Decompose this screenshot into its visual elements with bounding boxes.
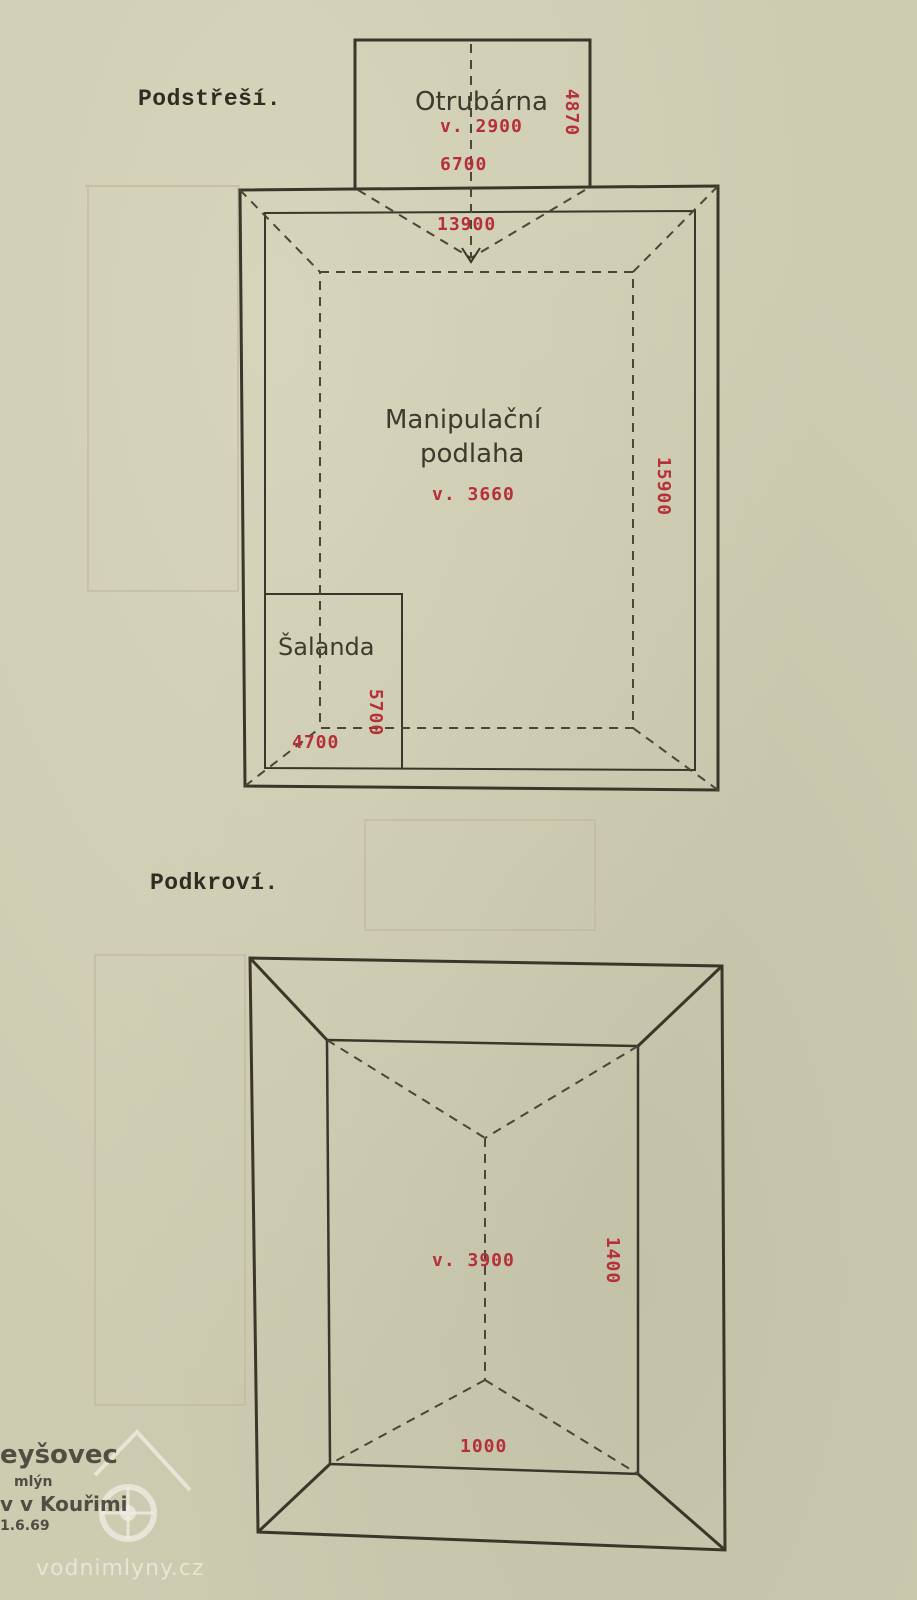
manipulacni-width: 13900 (437, 214, 496, 235)
room-label-manipulacni-line2: podlaha (420, 440, 524, 469)
room-label-otrubarna: Otrubárna (415, 88, 548, 117)
room-label-salanda: Šalanda (278, 634, 374, 660)
section-title-podkrovi: Podkroví. (150, 870, 279, 896)
section-title-podstresi: Podstřeší. (138, 86, 281, 112)
podkrovi-length: 1400 (602, 1237, 623, 1284)
podkrovi-width: 1000 (460, 1436, 507, 1457)
floor-plan-drawing (0, 0, 917, 1600)
otrubarna-width: 6700 (440, 154, 487, 175)
salanda-width: 4700 (292, 732, 339, 753)
stamp-line4: 1.6.69 (0, 1518, 50, 1534)
salanda-depth: 5700 (365, 689, 386, 736)
stamp-line2: mlýn (14, 1474, 52, 1490)
room-label-manipulacni-line1: Manipulační (385, 406, 541, 435)
watermark-text: vodnimlyny.cz (36, 1556, 205, 1581)
otrubarna-depth: 4870 (561, 89, 582, 136)
stamp-line1: eyšovec (0, 1440, 118, 1470)
ghost-lines (85, 186, 595, 1405)
podkrovi-height: v. 3900 (432, 1250, 515, 1271)
stamp-line3: v v Kouřimi (0, 1492, 128, 1516)
otrubarna-height: v. 2900 (440, 116, 523, 137)
manipulacni-height: v. 3660 (432, 484, 515, 505)
manipulacni-length: 15900 (653, 457, 674, 516)
